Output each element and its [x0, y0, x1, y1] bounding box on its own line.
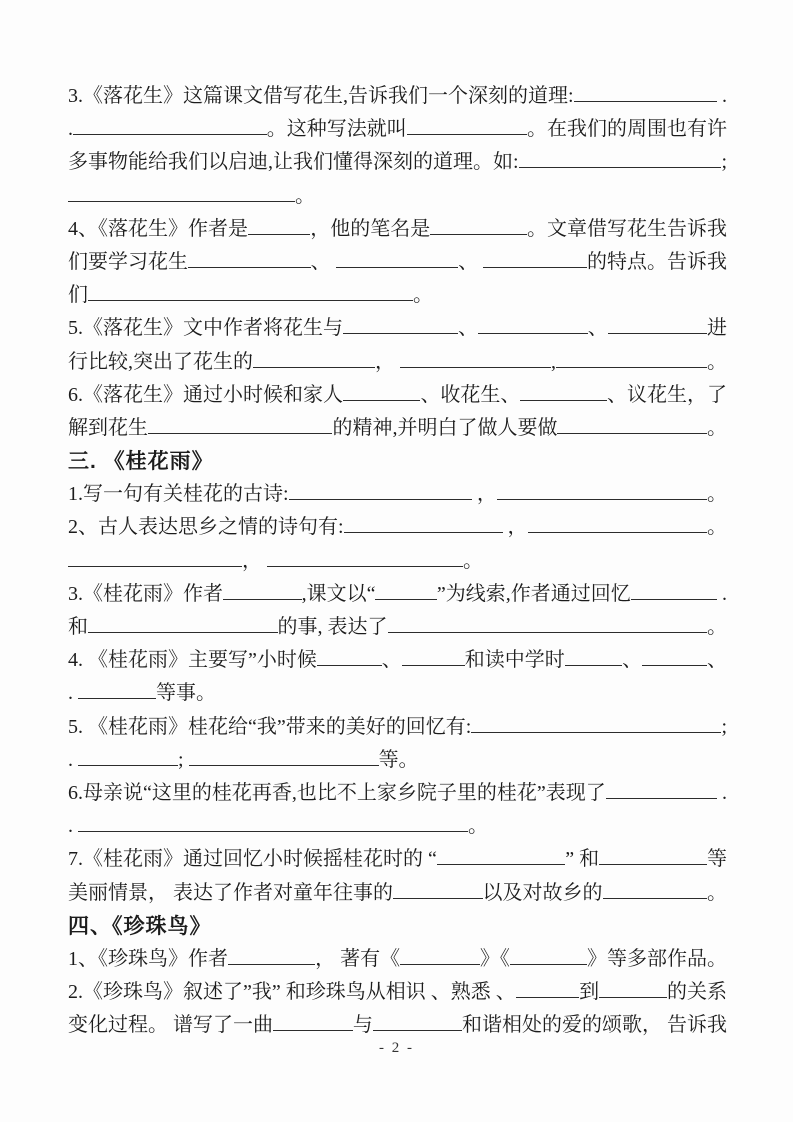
- fill-in-blank: [400, 962, 480, 965]
- worksheet-line: 6.母亲说“这里的桂花再香,也比不上家乡院子里的桂花”表现了 .: [68, 777, 727, 810]
- worksheet-line: 4. 《桂花雨》主要写”小时候、和读中学时、、: [68, 644, 727, 677]
- worksheet-line: 美丽情景， 表达了作者对童年往事的以及对故乡的。: [68, 877, 727, 910]
- text-segment: 们要学习花生: [68, 246, 188, 279]
- text-segment: 。: [707, 611, 727, 644]
- text-segment: 的特点。告诉我: [587, 246, 727, 279]
- text-segment: 。: [707, 478, 727, 511]
- worksheet-line: 多事物能给我们以启迪,让我们懂得深刻的道理。如:;: [68, 146, 727, 179]
- fill-in-blank: [608, 331, 707, 334]
- text-segment: 等: [707, 843, 727, 876]
- text-segment: 2.《珍珠鸟》叙述了”我” 和珍珠鸟从相识 、熟悉 、: [68, 976, 516, 1009]
- fill-in-blank: [78, 763, 178, 766]
- text-segment: 、: [458, 246, 483, 279]
- text-segment: 。: [707, 412, 727, 445]
- worksheet-line: 1、《珍珠鸟》作者， 著有《》《》等多部作品。: [68, 943, 727, 976]
- text-segment: ,: [551, 346, 556, 379]
- text-segment: ， 著有《: [315, 943, 400, 976]
- text-segment: 5. 《桂花雨》桂花给“我”带来的美好的回忆有:: [68, 711, 471, 744]
- worksheet-line: 1.写一句有关桂花的古诗: ，。: [68, 478, 727, 511]
- text-segment: 等。: [379, 744, 419, 777]
- worksheet-line: 3.《落花生》这篇课文借写花生,告诉我们一个深刻的道理: .: [68, 80, 727, 113]
- text-segment: 、: [622, 644, 642, 677]
- text-segment: ，: [503, 511, 528, 544]
- fill-in-blank: [520, 398, 607, 401]
- fill-in-blank: [248, 232, 310, 235]
- worksheet-line: 5. 《桂花雨》桂花给“我”带来的美好的回忆有:;: [68, 711, 727, 744]
- text-segment: 、: [311, 246, 336, 279]
- text-segment: 、: [382, 644, 402, 677]
- text-segment: 等事。: [156, 677, 216, 710]
- text-segment: ;: [178, 744, 189, 777]
- fill-in-blank: [483, 265, 587, 268]
- fill-in-blank: [599, 995, 667, 998]
- text-segment: 。文章借写花生告诉我: [527, 213, 727, 246]
- text-segment: ;: [721, 711, 727, 744]
- text-segment: 的事, 表达了: [278, 611, 388, 644]
- text-segment: 以及对故乡的: [483, 877, 603, 910]
- page-number: - 2 -: [0, 1040, 793, 1057]
- text-segment: 到: [579, 976, 599, 1009]
- text-segment: 。在我们的周围也有许: [527, 113, 727, 146]
- worksheet-page: 3.《落花生》这篇课文借写花生,告诉我们一个深刻的道理: ..。这种写法就叫。在…: [0, 0, 793, 1122]
- worksheet-line: ， 。: [68, 545, 727, 578]
- worksheet-line: .。这种写法就叫。在我们的周围也有许: [68, 113, 727, 146]
- fill-in-blank: [528, 530, 708, 533]
- text-segment: 》等多部作品。: [587, 943, 727, 976]
- text-segment: ，他的笔名是: [310, 213, 430, 246]
- text-segment: 和读中学时: [465, 644, 565, 677]
- text-segment: 解到花生: [68, 412, 148, 445]
- fill-in-blank: [373, 1028, 462, 1031]
- fill-in-blank: [336, 265, 459, 268]
- fill-in-blank: [603, 896, 707, 899]
- section-heading: 三. 《桂花雨》: [68, 445, 727, 478]
- worksheet-line: 解到花生的精神,并明白了做人要做。: [68, 412, 727, 445]
- text-segment: 。: [468, 810, 488, 843]
- text-segment: 4. 《桂花雨》主要写”小时候: [68, 644, 317, 677]
- text-segment: 4、《落花生》作者是: [68, 213, 248, 246]
- text-segment: 。: [295, 180, 315, 213]
- text-segment: ,课文以“: [302, 578, 376, 611]
- fill-in-blank: [516, 995, 579, 998]
- text-segment: 多事物能给我们以启迪,让我们懂得深刻的道理。如:: [68, 146, 519, 179]
- text-segment: ，: [242, 545, 267, 578]
- worksheet-line: 和的事, 表达了。: [68, 611, 727, 644]
- fill-in-blank: [78, 696, 156, 699]
- worksheet-line: 。: [68, 180, 727, 213]
- fill-in-blank: [375, 597, 436, 600]
- fill-in-blank: [267, 564, 463, 567]
- text-segment: 和: [68, 611, 88, 644]
- fill-in-blank: [478, 331, 588, 334]
- fill-in-blank: [273, 1028, 353, 1031]
- worksheet-line: . 等事。: [68, 677, 727, 710]
- text-segment: 》《: [480, 943, 510, 976]
- worksheet-line: 行比较,突出了花生的， ,。: [68, 346, 727, 379]
- fill-in-blank: [430, 232, 527, 235]
- fill-in-blank: [343, 331, 458, 334]
- text-segment: .: [717, 777, 727, 810]
- text-segment: .: [717, 80, 727, 113]
- text-segment: 3.《桂花雨》作者: [68, 578, 223, 611]
- text-segment: 1、《珍珠鸟》作者: [68, 943, 228, 976]
- text-segment: 、: [458, 312, 478, 345]
- worksheet-line: 2.《珍珠鸟》叙述了”我” 和珍珠鸟从相识 、熟悉 、到的关系: [68, 976, 727, 1009]
- fill-in-blank: [400, 365, 551, 368]
- text-segment: 7.《桂花雨》通过回忆小时候摇桂花时的 “: [68, 843, 437, 876]
- worksheet-line: . ; 等。: [68, 744, 727, 777]
- fill-in-blank: [253, 365, 375, 368]
- text-segment: 们: [68, 279, 88, 312]
- text-segment: ;: [721, 146, 727, 179]
- text-segment: 5.《落花生》文中作者将花生与: [68, 312, 343, 345]
- fill-in-blank: [228, 962, 315, 965]
- text-segment: ，: [375, 346, 400, 379]
- fill-in-blank: [519, 165, 722, 168]
- fill-in-blank: [393, 896, 483, 899]
- fill-in-blank: [88, 298, 413, 301]
- text-segment: 3.《落花生》这篇课文借写花生,告诉我们一个深刻的道理:: [68, 80, 574, 113]
- text-segment: 。: [707, 346, 727, 379]
- worksheet-line: 变化过程。 谱写了一曲与和谐相处的爱的颂歌， 告诉我: [68, 1009, 727, 1042]
- text-segment: 1.写一句有关桂花的古诗:: [68, 478, 289, 511]
- fill-in-blank: [344, 530, 503, 533]
- worksheet-line: 7.《桂花雨》通过回忆小时候摇桂花时的 “” 和等: [68, 843, 727, 876]
- text-segment: 。: [413, 279, 433, 312]
- text-segment: 、议花生，了: [607, 379, 727, 412]
- fill-in-blank: [189, 763, 379, 766]
- fill-in-blank: [437, 862, 565, 865]
- fill-in-blank: [565, 663, 622, 666]
- text-segment: 2、古人表达思乡之情的诗句有:: [68, 511, 344, 544]
- text-segment: .: [68, 810, 78, 843]
- fill-in-blank: [317, 663, 382, 666]
- fill-in-blank: [78, 829, 468, 832]
- fill-in-blank: [68, 564, 242, 567]
- text-segment: 变化过程。 谱写了一曲: [68, 1009, 273, 1042]
- text-segment: ”为线索,作者通过回忆: [437, 578, 631, 611]
- text-segment: 、: [588, 312, 608, 345]
- worksheet-line: 2、古人表达思乡之情的诗句有: ，。: [68, 511, 727, 544]
- section-heading: 四、《珍珠鸟》: [68, 910, 727, 943]
- fill-in-blank: [73, 132, 267, 135]
- text-segment: 美丽情景， 表达了作者对童年往事的: [68, 877, 393, 910]
- text-segment: 。: [707, 877, 727, 910]
- worksheet-line: 6.《落花生》通过小时候和家人、收花生、、议花生，了: [68, 379, 727, 412]
- text-segment: .: [68, 744, 78, 777]
- text-segment: ” 和: [565, 843, 599, 876]
- fill-in-blank: [289, 497, 472, 500]
- fill-in-blank: [510, 962, 587, 965]
- fill-in-blank: [606, 796, 717, 799]
- document-lines: 3.《落花生》这篇课文借写花生,告诉我们一个深刻的道理: ..。这种写法就叫。在…: [68, 80, 727, 1042]
- text-segment: 。: [707, 511, 727, 544]
- text-segment: 、: [707, 644, 727, 677]
- text-segment: 。: [463, 545, 483, 578]
- text-segment: 和谐相处的爱的颂歌， 告诉我: [462, 1009, 727, 1042]
- worksheet-line: 4、《落花生》作者是，他的笔名是。文章借写花生告诉我: [68, 213, 727, 246]
- fill-in-blank: [471, 730, 721, 733]
- fill-in-blank: [188, 265, 311, 268]
- worksheet-line: 们要学习花生、 、 的特点。告诉我: [68, 246, 727, 279]
- fill-in-blank: [574, 99, 717, 102]
- fill-in-blank: [556, 365, 707, 368]
- fill-in-blank: [88, 630, 278, 633]
- fill-in-blank: [343, 398, 420, 401]
- fill-in-blank: [497, 497, 707, 500]
- text-segment: 与: [353, 1009, 373, 1042]
- text-segment: 、收花生、: [420, 379, 520, 412]
- fill-in-blank: [402, 663, 465, 666]
- text-segment: 的精神,并明白了做人要做: [332, 412, 557, 445]
- worksheet-line: 们。: [68, 279, 727, 312]
- text-segment: 的关系: [667, 976, 727, 1009]
- text-segment: 四、《珍珠鸟》: [68, 910, 212, 943]
- text-segment: .: [717, 578, 727, 611]
- text-segment: 6.母亲说“这里的桂花再香,也比不上家乡院子里的桂花”表现了: [68, 777, 606, 810]
- worksheet-line: 5.《落花生》文中作者将花生与、、进: [68, 312, 727, 345]
- fill-in-blank: [223, 597, 302, 600]
- worksheet-line: 3.《桂花雨》作者,课文以“”为线索,作者通过回忆 .: [68, 578, 727, 611]
- fill-in-blank: [599, 862, 707, 865]
- text-segment: 行比较,突出了花生的: [68, 346, 253, 379]
- fill-in-blank: [642, 663, 707, 666]
- fill-in-blank: [557, 431, 707, 434]
- fill-in-blank: [148, 431, 332, 434]
- fill-in-blank: [388, 630, 707, 633]
- text-segment: 进: [707, 312, 727, 345]
- fill-in-blank: [68, 199, 295, 202]
- text-segment: .: [68, 113, 73, 146]
- fill-in-blank: [631, 597, 717, 600]
- worksheet-line: . 。: [68, 810, 727, 843]
- text-segment: 6.《落花生》通过小时候和家人: [68, 379, 343, 412]
- text-segment: ，: [472, 478, 497, 511]
- text-segment: 三. 《桂花雨》: [68, 445, 214, 478]
- text-segment: 。这种写法就叫: [267, 113, 407, 146]
- fill-in-blank: [407, 132, 527, 135]
- text-segment: .: [68, 677, 78, 710]
